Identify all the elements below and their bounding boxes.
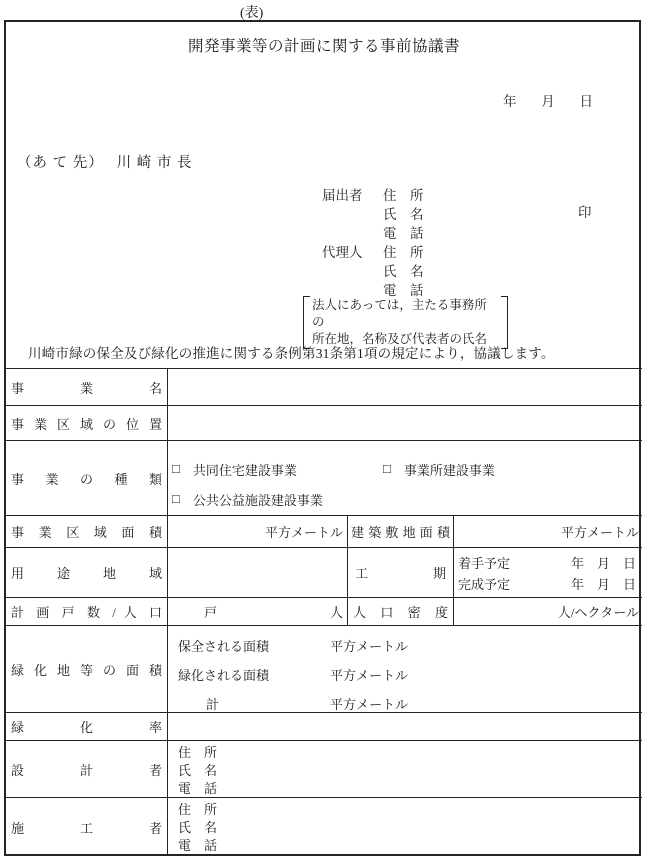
planned-units-label: 計 画 戸 数 / 人 口 [6, 602, 167, 621]
green-ratio-field[interactable] [167, 713, 642, 740]
population-density-unit: 人/ヘクタール [558, 602, 639, 621]
option-housing-label: 共同住宅建設事業 [193, 460, 297, 479]
work-period-label-cell: 工 期 [347, 548, 453, 597]
date-year-label: 年 [503, 90, 517, 110]
work-period-finish-line: 完成予定 年 月 日 [454, 573, 642, 594]
site-area-label: 事 業 区 域 面 積 [6, 522, 167, 541]
corporate-note-line1: 法人にあっては，主たる事務所の [312, 297, 499, 331]
site-location-field[interactable] [167, 406, 642, 440]
planned-units-label-cell: 計 画 戸 数 / 人 口 [6, 598, 167, 625]
work-period-field[interactable]: 着手予定 年 月 日 完成予定 年 月 日 [453, 548, 642, 597]
contractor-label-cell: 施 工 者 [6, 798, 167, 856]
contractor-label: 施 工 者 [6, 818, 167, 837]
green-planted-unit: 平方メートル [330, 665, 408, 684]
option-office-label: 事業所建設事業 [404, 460, 495, 479]
use-district-field[interactable] [167, 548, 347, 597]
work-start-label: 着手予定 [458, 553, 510, 572]
notifier-role-label: 届出者 [322, 184, 363, 204]
addressee-line: （あ て 先） 川 崎 市 長 [17, 151, 193, 172]
table-row-use-district: 用 途 地 域 工 期 着手予定 年 月 日 完成予定 年 月 日 [6, 547, 642, 597]
project-type-label: 事 業 の 種 類 [6, 469, 167, 488]
notifier-phone-label[interactable]: 電 話 [383, 222, 424, 242]
project-name-label-cell: 事 業 名 [6, 369, 167, 405]
site-location-label-cell: 事 業 区 域 の 位 置 [6, 406, 167, 440]
green-preserved-unit: 平方メートル [330, 636, 408, 655]
contractor-address-label: 住 所 [178, 801, 642, 819]
option-public: □ 公共公益施設建設事業 [172, 490, 323, 509]
contractor-phone-label: 電 話 [178, 837, 642, 855]
work-finish-label: 完成予定 [458, 574, 510, 593]
option-housing: □ 共同住宅建設事業 [172, 460, 383, 479]
option-public-label: 公共公益施設建設事業 [193, 490, 323, 509]
agent-name-label[interactable]: 氏 名 [383, 260, 424, 280]
site-area-label-cell: 事 業 区 域 面 積 [6, 516, 167, 547]
work-period-start-line: 着手予定 年 月 日 [454, 552, 642, 573]
green-area-planted-line: 緑化される面積 平方メートル [178, 660, 642, 689]
building-site-area-field[interactable]: 平方メートル [453, 516, 642, 547]
unit-people: 人 [330, 602, 343, 621]
designer-name-label: 氏 名 [178, 762, 642, 780]
building-site-area-label-cell: 建 築 敷 地 面 積 [347, 516, 453, 547]
table-row-contractor: 施 工 者 住 所 氏 名 電 話 [6, 797, 642, 856]
designer-address-label: 住 所 [178, 744, 642, 762]
population-density-field[interactable]: 人/ヘクタール [453, 598, 642, 625]
green-ratio-label-cell: 緑 化 率 [6, 713, 167, 740]
checkbox-office[interactable]: □ [383, 461, 391, 477]
population-density-label: 人 口 密 度 [348, 602, 453, 621]
checkbox-public[interactable]: □ [172, 491, 180, 507]
notifier-address-label[interactable]: 住 所 [383, 184, 424, 204]
option-office: □ 事業所建設事業 [383, 460, 495, 479]
use-district-label-cell: 用 途 地 域 [6, 548, 167, 597]
site-area-unit: 平方メートル [265, 522, 343, 541]
date-day-label: 日 [580, 90, 594, 110]
designer-label: 設 計 者 [6, 760, 167, 779]
notifier-name-label[interactable]: 氏 名 [383, 203, 424, 223]
planned-units-field[interactable]: 戸 人 [167, 598, 347, 625]
green-area-preserved-line: 保全される面積 平方メートル [178, 631, 642, 660]
agent-address-label[interactable]: 住 所 [383, 241, 424, 261]
date-month-label: 月 [541, 90, 555, 110]
consultation-form-document: (表) 開発事業等の計画に関する事前協議書 年 月 日 （あ て 先） 川 崎 … [0, 0, 648, 858]
table-row-designer: 設 計 者 住 所 氏 名 電 話 [6, 740, 642, 797]
work-period-label: 工 期 [348, 563, 453, 582]
table-row-area: 事 業 区 域 面 積 平方メートル 建 築 敷 地 面 積 平方メートル [6, 515, 642, 547]
green-area-label-cell: 緑 化 地 等 の 面 積 [6, 626, 167, 712]
checkbox-housing[interactable]: □ [172, 461, 180, 477]
table-row-site-location: 事 業 区 域 の 位 置 [6, 405, 642, 440]
green-area-label: 緑 化 地 等 の 面 積 [6, 660, 167, 679]
green-total-unit: 平方メートル [330, 694, 408, 713]
work-start-date: 年 月 日 [571, 553, 636, 572]
designer-label-cell: 設 計 者 [6, 741, 167, 797]
building-site-area-unit: 平方メートル [561, 522, 639, 541]
population-density-label-cell: 人 口 密 度 [347, 598, 453, 625]
project-type-option-line1: □ 共同住宅建設事業 □ 事業所建設事業 [168, 454, 642, 484]
seal-mark: 印 [578, 201, 592, 221]
green-total-label: 計 [178, 694, 330, 713]
agent-role-label: 代理人 [322, 241, 363, 261]
green-area-fields[interactable]: 保全される面積 平方メートル 緑化される面積 平方メートル 計 平方メートル [167, 626, 642, 712]
document-title: 開発事業等の計画に関する事前協議書 [0, 34, 648, 56]
table-row-project-type: 事 業 の 種 類 □ 共同住宅建設事業 □ 事業所建設事業 □ 公共公益施設建… [6, 440, 642, 515]
project-name-field[interactable] [167, 369, 642, 405]
date-field[interactable]: 年 月 日 [503, 90, 593, 110]
ordinance-statement: 川崎市緑の保全及び緑化の推進に関する条例第31条第1項の規定により，協議します。 [28, 342, 555, 362]
designer-phone-label: 電 話 [178, 780, 642, 798]
use-district-label: 用 途 地 域 [6, 563, 167, 582]
building-site-area-label: 建 築 敷 地 面 積 [348, 522, 453, 541]
work-finish-date: 年 月 日 [571, 574, 636, 593]
project-name-label: 事 業 名 [6, 378, 167, 397]
green-preserved-label: 保全される面積 [178, 636, 330, 655]
contractor-fields[interactable]: 住 所 氏 名 電 話 [167, 798, 642, 856]
side-marker: (表) [240, 2, 263, 22]
table-row-project-name: 事 業 名 [6, 368, 642, 405]
project-type-label-cell: 事 業 の 種 類 [6, 441, 167, 515]
designer-fields[interactable]: 住 所 氏 名 電 話 [167, 741, 642, 797]
site-area-field[interactable]: 平方メートル [167, 516, 347, 547]
green-ratio-label: 緑 化 率 [6, 717, 167, 736]
contractor-name-label: 氏 名 [178, 819, 642, 837]
unit-households: 戸 [204, 602, 217, 621]
project-type-option-line2: □ 公共公益施設建設事業 [168, 484, 642, 514]
table-row-planned-units: 計 画 戸 数 / 人 口 戸 人 人 口 密 度 人/ヘクタール [6, 597, 642, 625]
project-type-options-cell: □ 共同住宅建設事業 □ 事業所建設事業 □ 公共公益施設建設事業 [167, 441, 642, 515]
table-row-green-area: 緑 化 地 等 の 面 積 保全される面積 平方メートル 緑化される面積 平方メ… [6, 625, 642, 712]
site-location-label: 事 業 区 域 の 位 置 [6, 414, 167, 433]
green-planted-label: 緑化される面積 [178, 665, 330, 684]
table-row-green-ratio: 緑 化 率 [6, 712, 642, 740]
